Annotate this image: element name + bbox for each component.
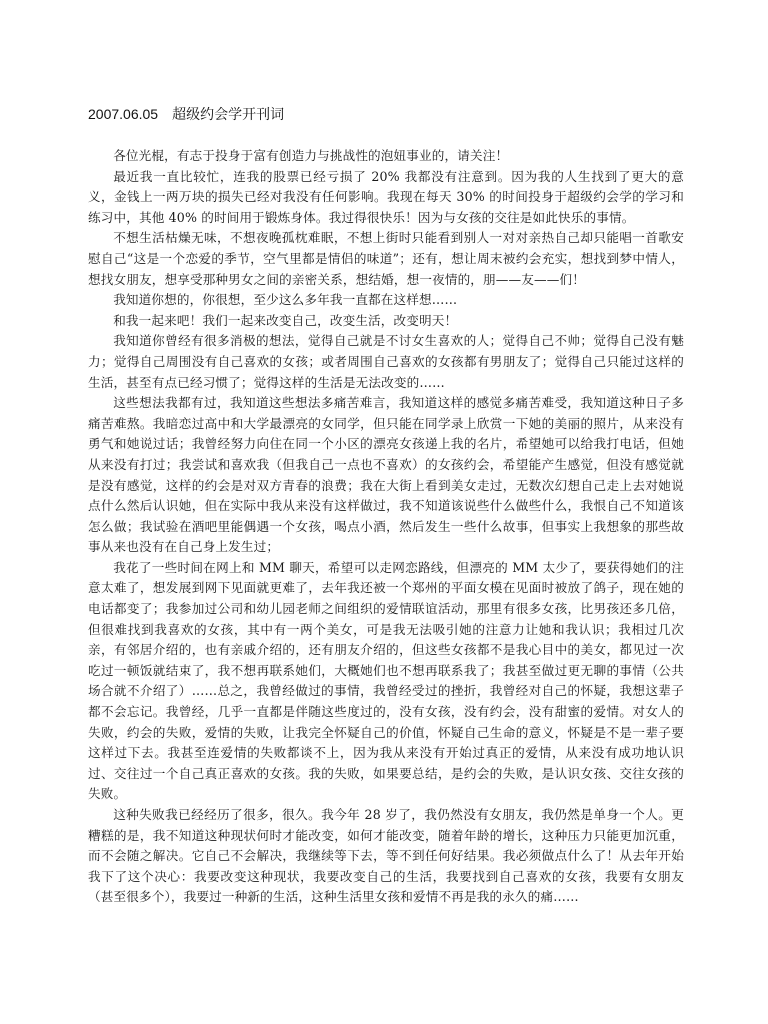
paragraph-knowing: 我知道你想的，你很想，至少这么多年我一直都在这样想…… <box>88 290 684 311</box>
paragraph-busy: 最近我一直比较忙，连我的股票已经亏损了 20% 我都没有注意到。因为我的人生找到… <box>88 167 684 229</box>
paragraph-negative-thoughts: 我知道你曾经有很多消极的想法，觉得自己就是不讨女生喜欢的人；觉得自己不帅；觉得自… <box>88 331 684 393</box>
paragraph-desires: 不想生活枯燥无味，不想夜晚孤枕难眠，不想上街时只能看到别人一对对亲热自己却只能唱… <box>88 228 684 290</box>
document-date: 2007.06.05 <box>88 106 158 122</box>
document-title: 超级约会学开刊词 <box>172 106 284 122</box>
document-page: 2007.06.05超级约会学开刊词 各位光棍，有志于投身于富有创造力与挑战性的… <box>88 104 684 908</box>
paragraph-attempts: 我花了一些时间在网上和 MM 聊天，希望可以走网恋路线，但漂亮的 MM 太少了，… <box>88 558 684 805</box>
paragraph-experiences: 这些想法我都有过，我知道这些想法多痛苦难言，我知道这样的感觉多痛苦难受，我知道这… <box>88 393 684 558</box>
paragraph-greeting: 各位光棍，有志于投身于富有创造力与挑战性的泡妞事业的，请关注！ <box>88 146 684 167</box>
document-heading: 2007.06.05超级约会学开刊词 <box>88 104 684 124</box>
paragraph-resolution: 这种失败我已经经历了很多，很久。我今年 28 岁了，我仍然没有女朋友，我仍然是单… <box>88 805 684 908</box>
paragraph-invitation: 和我一起来吧！我们一起来改变自己，改变生活，改变明天！ <box>88 311 684 332</box>
